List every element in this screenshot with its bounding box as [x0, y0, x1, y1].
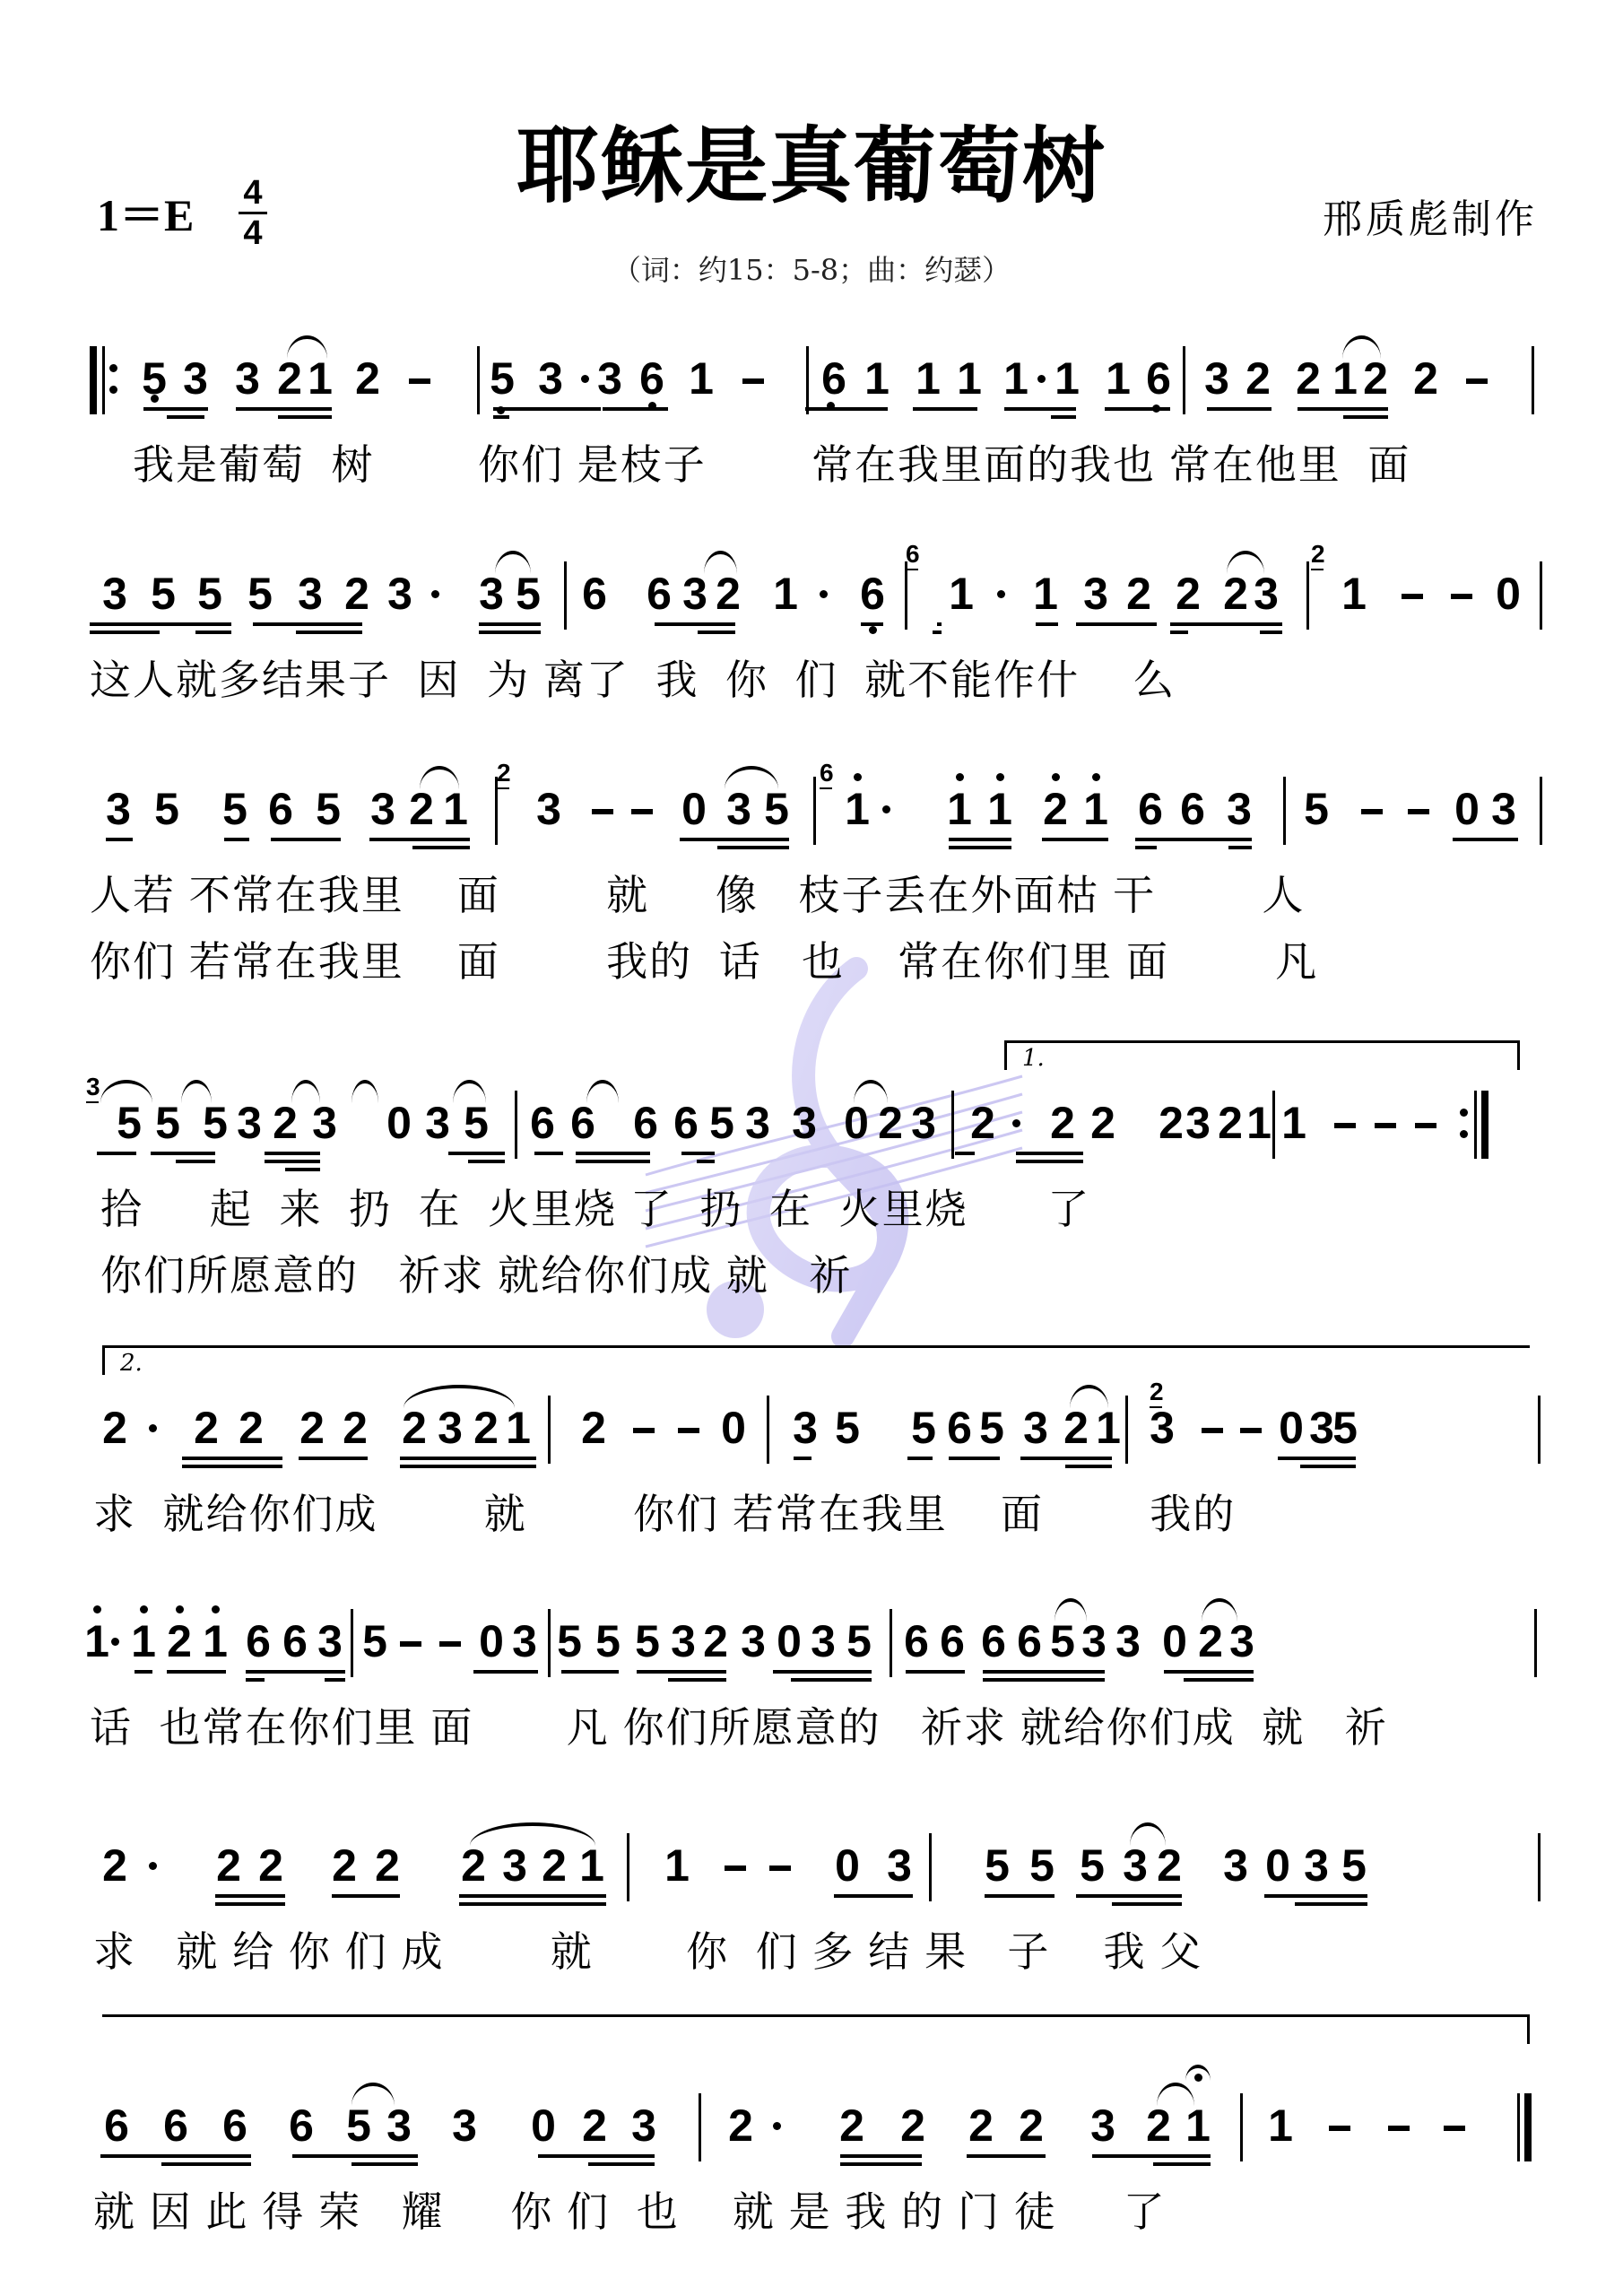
underline-beam: [576, 1152, 650, 1155]
grace-note: 2: [1150, 1379, 1164, 1410]
note-3: 3: [741, 1614, 766, 1668]
note-2: 2: [299, 1401, 325, 1455]
barline: [1534, 1609, 1537, 1677]
underline-beam: [668, 1678, 726, 1682]
note-6: 6: [947, 1401, 972, 1455]
note-2: 2: [900, 2099, 925, 2152]
barline: [1183, 346, 1185, 414]
note-6: 6: [282, 1614, 308, 1668]
note-1: 1: [1055, 352, 1080, 405]
underline-beam: [493, 407, 601, 411]
underline-beam: [292, 2154, 418, 2158]
note-6: 6: [1138, 782, 1163, 836]
note-3: 3: [538, 352, 563, 405]
note-3: 3: [452, 2099, 477, 2152]
underline-beam: [907, 1457, 933, 1460]
note-2: 2: [409, 782, 434, 836]
note-5: 5: [222, 782, 247, 836]
high-octave-dot: [212, 1605, 220, 1613]
note-1: 1: [1246, 1096, 1271, 1150]
note-5: 5: [1050, 1614, 1075, 1668]
barline: [1538, 1833, 1541, 1901]
note-2: 2: [728, 2099, 753, 2152]
note-5: 5: [151, 567, 176, 621]
note-5: 5: [247, 567, 273, 621]
slur: [1130, 1822, 1166, 1846]
dash-hold: [1329, 2126, 1350, 2131]
credit: 邢质彪制作: [1323, 187, 1538, 244]
note-1: 1: [1003, 352, 1028, 405]
note-5: 5: [709, 1096, 734, 1150]
high-octave-dot: [93, 1605, 101, 1613]
underline-beam: [1135, 838, 1252, 841]
note-6: 6: [633, 1096, 658, 1150]
barline: [515, 1091, 517, 1159]
underline-beam: [299, 1457, 368, 1460]
note-5: 5: [846, 1614, 872, 1668]
note-2: 2: [1218, 1096, 1243, 1150]
repeat-dot: [109, 364, 117, 372]
high-octave-dot: [956, 773, 964, 781]
barline: [890, 1609, 892, 1677]
note-5: 5: [154, 782, 179, 836]
underline-beam: [448, 1152, 505, 1155]
underline-beam: [1295, 1902, 1367, 1906]
note-6: 6: [570, 1096, 595, 1150]
note-0: 0: [721, 1401, 746, 1455]
underline-beam: [195, 631, 231, 634]
low-octave-dot: [827, 402, 835, 410]
note-5: 5: [1332, 1401, 1358, 1455]
note-6: 6: [268, 782, 293, 836]
note-5: 5: [595, 1614, 621, 1668]
lyric-line: 就 因 此 得 荣 耀 你 们 也 就 是 我 的 门 徒 了: [93, 2187, 1167, 2237]
augmentation-dot: [882, 805, 890, 813]
note-3: 3: [1227, 782, 1252, 836]
underline-beam: [369, 838, 470, 841]
dash-hold: [439, 1641, 461, 1647]
note-2: 2: [581, 1401, 606, 1455]
note-2: 2: [1198, 1614, 1223, 1668]
underline-beam: [236, 407, 332, 411]
high-octave-dot: [176, 1605, 184, 1613]
note-3: 3: [1223, 1839, 1248, 1892]
underline-beam: [182, 1457, 282, 1460]
underline-beam: [955, 1152, 975, 1155]
underline-beam: [1300, 1465, 1356, 1468]
underline-beam: [253, 622, 362, 626]
note-5: 5: [835, 1401, 860, 1455]
underline-beam: [1065, 1465, 1112, 1468]
slur: [586, 1080, 619, 1103]
note-0: 0: [1265, 1839, 1290, 1892]
note-6: 6: [981, 1614, 1006, 1668]
note-3: 3: [682, 567, 707, 621]
barline: [564, 561, 567, 630]
slur: [352, 1080, 378, 1103]
slur: [470, 1822, 595, 1846]
augmentation-dot: [111, 1638, 119, 1646]
underline-beam: [834, 1894, 913, 1898]
underline-beam: [1298, 407, 1388, 411]
grace-note: 6: [906, 542, 920, 572]
note-3: 3: [631, 2099, 656, 2152]
note-2: 2: [1159, 1096, 1184, 1150]
final-thin: [1517, 2093, 1520, 2161]
time-signature-top: 4: [243, 174, 262, 212]
dash-hold: [678, 1428, 699, 1433]
note-3: 3: [502, 1839, 527, 1892]
note-1: 1: [1083, 782, 1108, 836]
note-5: 5: [203, 1096, 228, 1150]
note-1: 1: [773, 567, 798, 621]
dash-hold: [742, 378, 764, 384]
note-1: 1: [957, 352, 982, 405]
note-1: 1: [947, 782, 972, 836]
underline-beam: [697, 1160, 715, 1163]
underline-beam: [278, 415, 332, 419]
note-5: 5: [490, 352, 515, 405]
underline-beam: [840, 2162, 922, 2166]
note-1: 1: [1106, 352, 1131, 405]
note-1: 1: [1341, 567, 1367, 621]
note-3: 3: [887, 1839, 912, 1892]
underline-beam: [99, 622, 231, 626]
high-octave-dot: [996, 773, 1004, 781]
underline-beam: [479, 622, 541, 626]
underline-beam: [1135, 846, 1157, 849]
note-3: 3: [726, 782, 751, 836]
note-2: 2: [402, 1401, 427, 1455]
note-2: 2: [277, 352, 302, 405]
note-2: 2: [167, 1614, 192, 1668]
underline-beam: [90, 631, 160, 634]
note-3: 3: [512, 1614, 537, 1668]
note-2: 2: [970, 1096, 995, 1150]
barline: [929, 1833, 932, 1901]
underline-beam: [603, 407, 668, 411]
note-2: 2: [102, 1401, 127, 1455]
barline: [1538, 1396, 1541, 1464]
barline: [1272, 1091, 1275, 1159]
barline: [1240, 2093, 1243, 2161]
slur: [352, 2083, 395, 2106]
note-5: 5: [1304, 782, 1329, 836]
barline: [1540, 777, 1542, 845]
note-1: 1: [84, 1614, 109, 1668]
note-3: 3: [1023, 1401, 1048, 1455]
slur: [181, 1080, 212, 1103]
note-2: 2: [461, 1839, 486, 1892]
barline: [1283, 777, 1286, 845]
slur: [495, 551, 531, 574]
augmentation-dot: [431, 590, 439, 598]
note-0: 0: [479, 1614, 504, 1668]
note-2: 2: [102, 1839, 127, 1892]
note-2: 2: [582, 2099, 607, 2152]
underline-beam: [588, 2162, 655, 2166]
note-2: 2: [839, 2099, 864, 2152]
underline-beam: [246, 1678, 265, 1682]
note-3: 3: [298, 567, 323, 621]
note-1: 1: [131, 1614, 156, 1668]
note-1: 1: [1332, 352, 1358, 405]
low-octave-dot: [497, 406, 505, 414]
augmentation-dot: [820, 590, 828, 598]
repeat-dot: [1460, 1130, 1468, 1138]
note-2: 2: [473, 1401, 499, 1455]
high-octave-dot: [854, 773, 862, 781]
key-signature: 1＝E: [97, 179, 194, 244]
barline: [951, 1091, 954, 1159]
note-0: 0: [844, 1096, 869, 1150]
lyric-line: 这人就多结果子 因 为 离了 我 你 们 就不能作什 么: [90, 655, 1176, 705]
underline-beam: [332, 1894, 400, 1898]
augmentation-dot: [997, 590, 1005, 598]
underline-beam: [176, 1160, 215, 1163]
note-2: 2: [355, 352, 380, 405]
underline-beam: [1228, 846, 1252, 849]
dash-hold: [1361, 809, 1383, 814]
underline-beam: [561, 1670, 619, 1674]
low-octave-dot: [1152, 404, 1160, 413]
volta-bracket: 2.: [102, 1345, 1530, 1375]
underline-beam: [468, 1160, 505, 1163]
lyric-line: 我是葡萄 树: [133, 439, 375, 490]
time-signature-bottom: 4: [243, 214, 262, 252]
note-5: 5: [117, 1096, 142, 1150]
note-1: 1: [443, 782, 468, 836]
underline-beam: [352, 2162, 418, 2166]
note-0: 0: [777, 1614, 802, 1668]
underline-beam: [698, 631, 735, 634]
low-octave-dot: [648, 402, 656, 410]
note-2: 2: [1019, 2099, 1044, 2152]
augmentation-dot: [149, 1862, 157, 1870]
underline-beam: [106, 838, 133, 841]
note-2: 2: [968, 2099, 994, 2152]
note-1: 1: [308, 352, 333, 405]
dash-hold: [725, 1865, 746, 1871]
underline-beam: [906, 1670, 965, 1674]
note-3: 3: [102, 567, 127, 621]
note-2: 2: [332, 1839, 357, 1892]
note-2: 2: [273, 1096, 298, 1150]
note-3: 3: [1229, 1614, 1254, 1668]
note-0: 0: [386, 1096, 412, 1150]
source-attribution: （词：约15：5-8；曲：约瑟）: [0, 248, 1623, 289]
final-barline: [1524, 2093, 1532, 2161]
slur: [1055, 1598, 1087, 1622]
underline-beam: [1004, 407, 1076, 411]
underline-beam: [1105, 407, 1170, 411]
note-1: 1: [987, 782, 1012, 836]
dash-hold: [1466, 378, 1488, 384]
underline-beam: [913, 407, 977, 411]
dash-hold: [769, 1865, 791, 1871]
dash-hold: [1415, 1123, 1436, 1128]
note-3: 3: [1204, 352, 1229, 405]
repeat-start-barline: [90, 346, 97, 414]
grace-note: 3: [86, 1074, 100, 1105]
note-2: 2: [1126, 567, 1151, 621]
grace-note: 6: [820, 761, 834, 791]
barline: [1532, 346, 1534, 414]
note-2: 2: [1363, 352, 1388, 405]
note-0: 0: [681, 782, 707, 836]
note-2: 2: [216, 1839, 241, 1892]
underline-beam: [637, 1670, 726, 1674]
note-1: 1: [203, 1614, 228, 1668]
note-5: 5: [1080, 1839, 1105, 1892]
barline: [351, 1609, 353, 1677]
note-3: 3: [235, 352, 260, 405]
underline-beam: [717, 846, 789, 849]
underline-beam: [135, 1670, 152, 1674]
note-0: 0: [1454, 782, 1480, 836]
barline: [477, 346, 480, 414]
underline-beam: [949, 838, 1011, 841]
lyric-line: 求 就给你们成 就 你们 若常在我里 面 我的: [93, 1489, 1236, 1539]
note-3: 3: [792, 1096, 817, 1150]
note-5: 5: [316, 782, 341, 836]
barline: [548, 1609, 551, 1677]
underline-beam: [296, 631, 362, 634]
note-6: 6: [673, 1096, 699, 1150]
underline-beam: [794, 1457, 811, 1460]
barline: [548, 1396, 551, 1464]
underline-beam: [655, 622, 735, 626]
underline-beam: [1170, 631, 1188, 634]
note-5: 5: [557, 1614, 582, 1668]
note-3: 3: [1185, 1096, 1211, 1150]
note-1: 1: [1096, 1401, 1121, 1455]
dash-hold: [1202, 1428, 1223, 1433]
note-2: 2: [343, 1401, 368, 1455]
repeat-end-thin: [1474, 1091, 1477, 1159]
underline-beam: [933, 631, 942, 634]
note-3: 3: [1083, 567, 1108, 621]
note-5: 5: [346, 2099, 371, 2152]
underline-beam: [1153, 2162, 1211, 2166]
repeat-end-barline: [1481, 1091, 1488, 1159]
note-3: 3: [106, 782, 131, 836]
underline-beam: [285, 1168, 320, 1171]
slur: [420, 766, 459, 789]
high-octave-dot: [1052, 773, 1060, 781]
note-1: 1: [949, 567, 974, 621]
underline-beam: [1020, 1457, 1112, 1460]
note-3: 3: [811, 1614, 836, 1668]
dash-hold: [1388, 2126, 1410, 2131]
slur: [1202, 1598, 1237, 1622]
barline: [1125, 1396, 1128, 1464]
dash-hold: [1375, 1123, 1396, 1128]
note-2: 2: [1245, 352, 1271, 405]
dash-hold: [1444, 2126, 1465, 2131]
note-5: 5: [764, 782, 789, 836]
note-3: 3: [237, 1096, 262, 1150]
underline-beam: [265, 1152, 320, 1155]
volta-bracket: 1.: [1004, 1040, 1520, 1070]
underline-beam: [493, 415, 509, 419]
note-3: 3: [745, 1096, 770, 1150]
note-2: 2: [1296, 352, 1321, 405]
underline-beam: [1184, 1678, 1254, 1682]
note-0: 0: [1279, 1401, 1304, 1455]
note-1: 1: [916, 352, 941, 405]
slur: [1070, 1385, 1108, 1408]
underline-beam: [967, 2154, 1046, 2158]
note-5: 5: [155, 1096, 180, 1150]
note-1: 1: [845, 782, 870, 836]
underline-beam: [1042, 838, 1108, 841]
note-3: 3: [1491, 782, 1516, 836]
lyric-line: 人若 不常在我里 面 就 像 枝子丢在外面枯 干 人: [90, 870, 1305, 920]
note-3: 3: [387, 567, 412, 621]
note-1: 1: [689, 352, 714, 405]
underline-beam: [1207, 407, 1271, 411]
slur: [404, 1385, 515, 1408]
augmentation-dot: [773, 2122, 781, 2130]
note-5: 5: [1341, 1839, 1367, 1892]
underline-beam: [773, 1670, 872, 1674]
underline-beam: [473, 1670, 538, 1674]
underline-beam: [949, 846, 1011, 849]
note-3: 3: [183, 352, 208, 405]
dash-hold: [631, 809, 653, 814]
lyric-line: 话 也常在你们里 面 凡 你们所愿意的 祈求 就给你们成 就 祈: [90, 1702, 1388, 1752]
note-3: 3: [317, 1614, 343, 1668]
note-3: 3: [386, 2099, 412, 2152]
note-6: 6: [940, 1614, 965, 1668]
barline: [699, 2093, 701, 2161]
note-6: 6: [821, 352, 846, 405]
underline-beam: [215, 1894, 285, 1898]
dash-hold: [409, 378, 430, 384]
underline-beam: [538, 2154, 655, 2158]
underline-beam: [1278, 1457, 1356, 1460]
note-2: 2: [1176, 567, 1201, 621]
underline-beam: [1164, 1670, 1254, 1674]
note-0: 0: [531, 2099, 556, 2152]
note-3: 3: [597, 352, 622, 405]
underline-beam: [400, 1457, 536, 1460]
note-1: 1: [1281, 1096, 1306, 1150]
augmentation-dot: [1012, 1119, 1020, 1127]
slur: [291, 1080, 320, 1103]
section-line: [102, 2014, 1530, 2044]
underline-beam: [1112, 1902, 1182, 1906]
underline-beam: [949, 1457, 1000, 1460]
underline-beam: [1016, 1152, 1083, 1155]
underline-beam: [246, 1670, 345, 1674]
barline: [813, 777, 816, 845]
note-2: 2: [194, 1401, 219, 1455]
note-2: 2: [1050, 1096, 1075, 1150]
note-2: 2: [703, 1614, 728, 1668]
low-octave-dot: [869, 626, 877, 634]
note-2: 2: [542, 1839, 567, 1892]
note-3: 3: [370, 782, 395, 836]
underline-beam: [983, 1670, 1105, 1674]
underline-beam: [459, 1902, 606, 1906]
underline-beam: [182, 1465, 282, 1468]
note-1: 1: [1033, 567, 1058, 621]
underline-beam: [791, 1678, 872, 1682]
note-5: 5: [197, 567, 222, 621]
note-3: 3: [911, 1096, 936, 1150]
